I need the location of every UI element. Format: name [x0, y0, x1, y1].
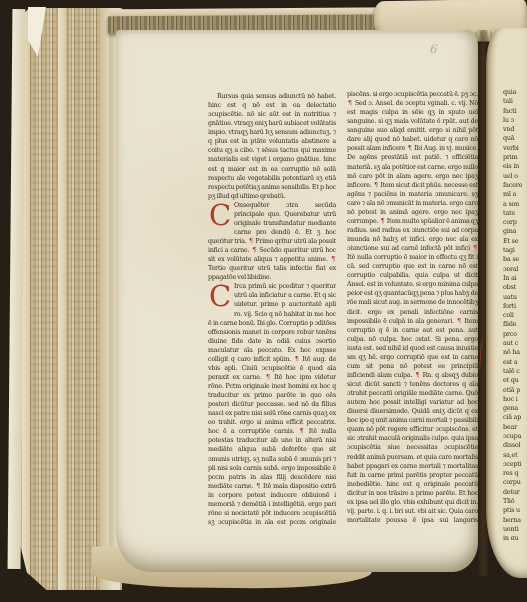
rubric-paraph-icon: ¶ [255, 483, 261, 490]
book-photo: quiatalifactilu ɔvndquāverbiprimeis inue… [0, 0, 527, 602]
facing-line: detur [503, 488, 527, 497]
facing-line: lu ɔ [503, 116, 527, 125]
facing-line: sa,et [503, 451, 527, 460]
text-column-left: Rursus quia sensus adiunctū nō habet. hi… [208, 92, 336, 526]
facing-line: hoc i [503, 395, 527, 404]
facing-line: uenti [503, 525, 527, 534]
facing-line: ɔcepti [503, 460, 527, 469]
rubric-paraph-icon: ¶ [456, 318, 462, 325]
facing-line: ɔcupa [503, 432, 527, 441]
facing-line: prim [503, 153, 527, 162]
rubric-paraph-icon: ¶ [248, 238, 254, 245]
facing-line: bear [503, 423, 527, 432]
facing-line: aut c [503, 339, 527, 348]
facing-line: tagi [503, 246, 527, 255]
facing-line: forti [503, 302, 527, 311]
facing-line: nō ha [503, 348, 527, 357]
text-paragraph: piscēns. si ergo ɔcupiscētia peccatū ē. … [347, 90, 478, 526]
facing-line: verbi [503, 144, 527, 153]
facing-line: tali [503, 97, 527, 106]
rubric-initial: C [208, 283, 232, 310]
facing-line: talē c [503, 367, 527, 376]
facing-line: etiā p [503, 386, 527, 395]
facing-line: In ai [503, 274, 527, 283]
rubric-paraph-icon: ¶ [294, 356, 300, 363]
fore-edge-page-stack [14, 8, 122, 590]
facing-line: Tliō [503, 497, 527, 506]
text-paragraph: CIrca primū sic pceditur ⁊ queritur utrū… [208, 282, 336, 526]
rubric-initial: C [208, 202, 232, 229]
text-column-right: piscēns. si ergo ɔcupiscētia peccatū ē. … [347, 90, 478, 526]
rubric-paraph-icon: ¶ [380, 218, 386, 225]
facing-line: ptis u [503, 506, 527, 515]
facing-line: gena [503, 404, 527, 413]
facing-line: ciā ap [503, 413, 527, 422]
page-edge-band [58, 8, 66, 590]
facing-line: corp [503, 218, 527, 227]
facing-line: quā [503, 134, 527, 143]
facing-line: Et se [503, 237, 527, 246]
rubric-paraph-icon: ¶ [347, 100, 353, 107]
facing-line: ɔeral [503, 265, 527, 274]
facing-line: a son [503, 200, 527, 209]
facing-line: dissol [503, 441, 527, 450]
facing-line: ba se [503, 255, 527, 264]
rubric-paraph-icon: ¶ [373, 182, 379, 189]
facing-line: uatu [503, 293, 527, 302]
facing-line: in qu [503, 534, 527, 540]
facing-line: berna [503, 516, 527, 525]
text-paragraph: COnsequēter ɔtra secūda principale quo. … [208, 201, 336, 283]
facing-line: et qu [503, 376, 527, 385]
facing-line: obst [503, 283, 527, 292]
facing-line: prco [503, 330, 527, 339]
facing-line: facti [503, 107, 527, 116]
facing-line: eis in [503, 162, 527, 171]
rubric-paraph-icon: ¶ [265, 374, 271, 381]
facing-line: quia [503, 88, 527, 97]
rubric-paraph-icon: ¶ [330, 256, 336, 263]
facing-page-text: quiatalifactilu ɔvndquāverbiprimeis inue… [503, 88, 527, 540]
facing-line: corpu [503, 478, 527, 487]
rubric-paraph-icon: ¶ [251, 247, 257, 254]
rubric-paraph-icon: ¶ [407, 145, 413, 152]
facing-line: mī a [503, 190, 527, 199]
facing-line: flide [503, 320, 527, 329]
facing-line: coli [503, 311, 527, 320]
facing-line: est a [503, 358, 527, 367]
gutter-shadow [477, 30, 488, 576]
book-page: 6 Rursus quia sensus adiunctū nō habet. … [116, 30, 478, 572]
facing-line: tate [503, 209, 527, 218]
text-paragraph: Rursus quia sensus adiunctū nō habet. hi… [208, 92, 336, 201]
foliation-mark: 6 [429, 42, 438, 57]
facing-line: facere [503, 181, 527, 190]
facing-line: uel o [503, 172, 527, 181]
facing-line: vnd [503, 125, 527, 134]
facing-page-sliver: quiatalifactilu ɔvndquāverbiprimeis inue… [486, 28, 527, 578]
rubric-paraph-icon: ¶ [299, 428, 305, 435]
facing-line: res q [503, 469, 527, 478]
rubric-paraph-icon: ¶ [415, 372, 421, 379]
facing-line: gina [503, 227, 527, 236]
